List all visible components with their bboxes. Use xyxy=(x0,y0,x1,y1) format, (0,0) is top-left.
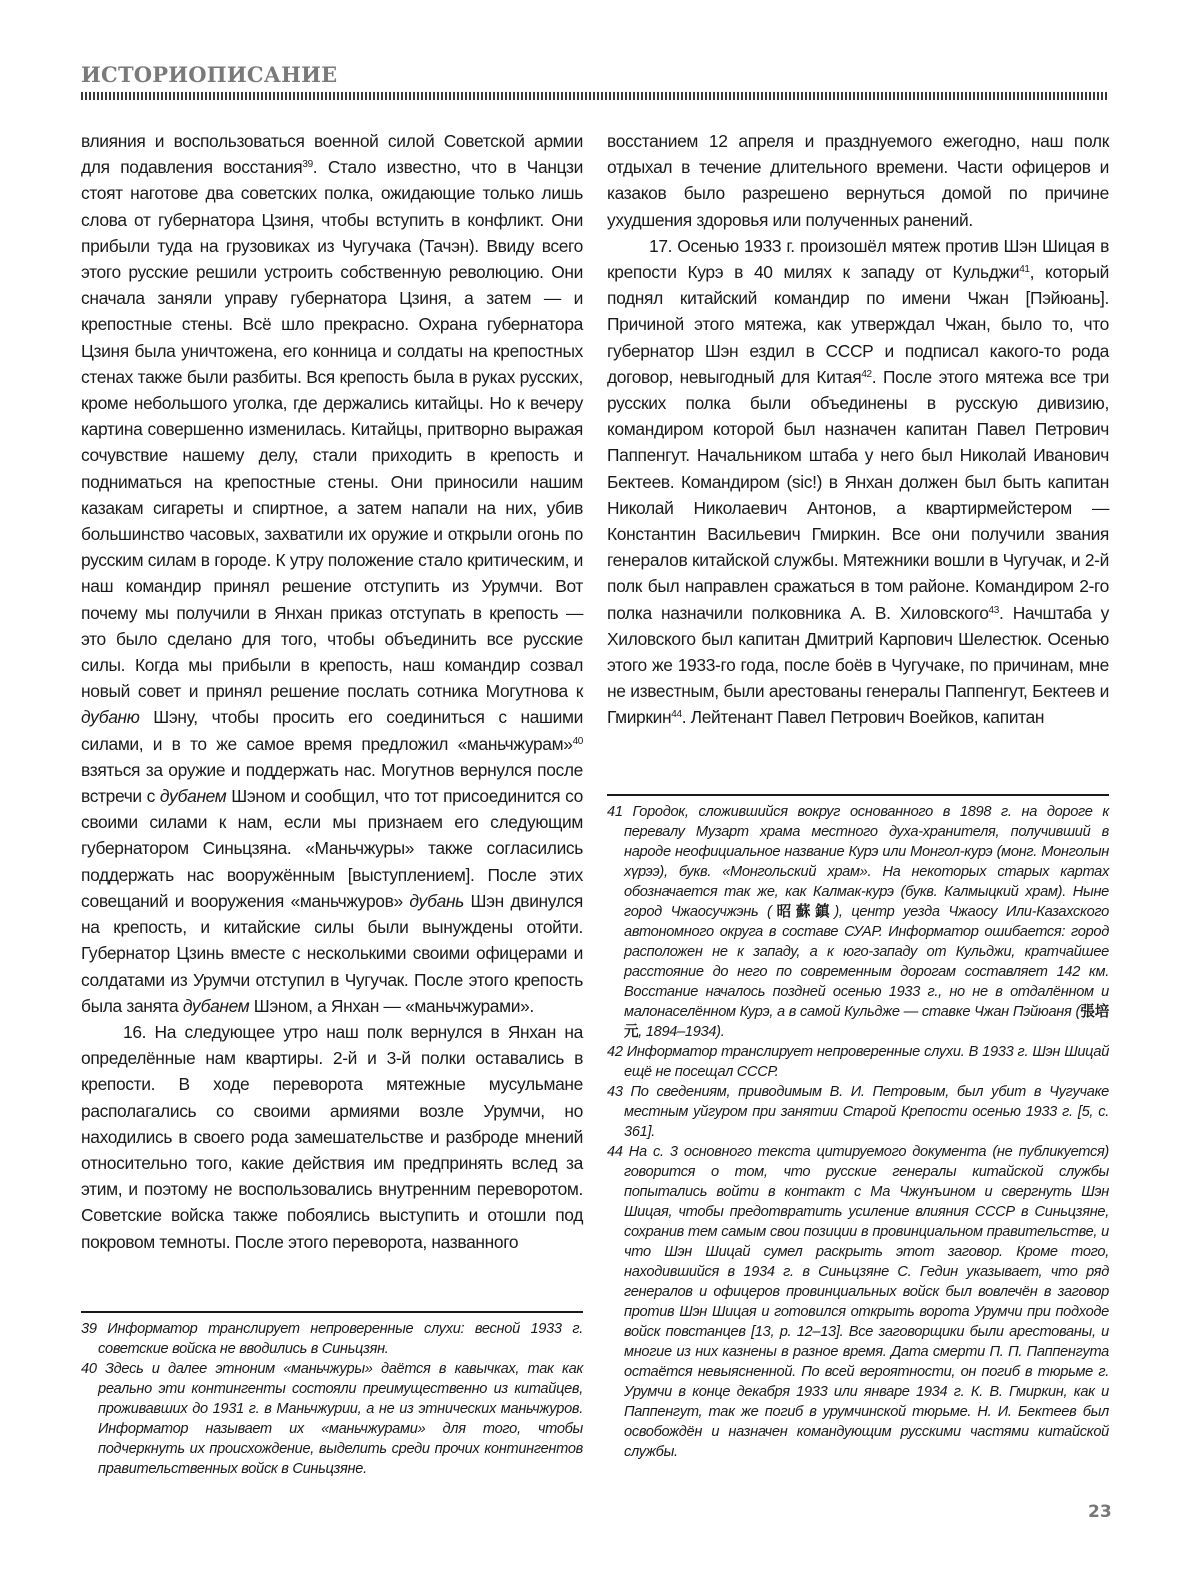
text-run: восстанием 12 апреля и празднуемого ежег… xyxy=(607,131,1109,230)
left-column: влияния и воспользоваться военной силой … xyxy=(81,128,583,1255)
footnote-reference: 39 xyxy=(302,159,312,170)
text-run: ), центр уезда Чжаосу Или-Казахского авт… xyxy=(624,904,1109,1020)
footnote: 41 Городок, сложившийся вокруг основанно… xyxy=(607,802,1109,1042)
italic-term: дубанем xyxy=(183,996,249,1016)
text-run: На с. 3 основного текста цитируемого док… xyxy=(624,1144,1109,1460)
left-footnote-list: 39 Информатор транслирует непроверенные … xyxy=(81,1319,583,1479)
footnote-text: Информатор транслирует непроверенные слу… xyxy=(98,1321,583,1357)
footnote-number: 44 xyxy=(607,1144,629,1160)
text-run: Информатор транслирует непроверенные слу… xyxy=(624,1044,1109,1080)
right-footnote-list: 41 Городок, сложившийся вокруг основанно… xyxy=(607,802,1109,1462)
text-run: 16. На следующее утро наш полк вернулся … xyxy=(81,1022,583,1252)
footnote: 44 На с. 3 основного текста цитируемого … xyxy=(607,1142,1109,1462)
page-number: 23 xyxy=(1088,1502,1112,1522)
right-column-paragraphs: восстанием 12 апреля и празднуемого ежег… xyxy=(607,128,1109,731)
left-column-paragraphs: влияния и воспользоваться военной силой … xyxy=(81,128,583,1255)
body-paragraph: влияния и воспользоваться военной силой … xyxy=(81,128,583,1019)
footnote-divider xyxy=(607,794,1109,796)
text-run: Шэном, а Янхан — «маньчжурами». xyxy=(249,996,534,1016)
italic-term: дубань xyxy=(409,891,464,911)
text-run: . Стало известно, что в Чанцзи стоят наг… xyxy=(81,157,583,701)
footnote: 39 Информатор транслирует непроверенные … xyxy=(81,1319,583,1359)
footnote-reference: 44 xyxy=(671,709,681,720)
footnote: 40 Здесь и далее этноним «маньчжуры» даё… xyxy=(81,1359,583,1479)
chinese-characters: 昭蘇鎮 xyxy=(772,904,835,920)
footnote-number: 40 xyxy=(81,1361,105,1377)
text-run: . После этого мятежа все три русских пол… xyxy=(607,367,1109,623)
text-run: Городок, сложившийся вокруг основанного … xyxy=(624,804,1109,920)
footnote-divider xyxy=(81,1311,583,1313)
italic-term: дубанем xyxy=(160,786,226,806)
footnote-text: Здесь и далее этноним «маньчжуры» даётся… xyxy=(98,1361,583,1477)
footnote-number: 41 xyxy=(607,804,632,820)
text-run: Шэну, чтобы просить его соединиться с на… xyxy=(81,707,583,753)
body-paragraph: 16. На следующее утро наш полк вернулся … xyxy=(81,1019,583,1255)
section-title: ИСТОРИОПИСАНИЕ xyxy=(81,62,337,87)
hatched-header-rule xyxy=(81,92,1109,100)
italic-term: дубаню xyxy=(81,707,140,727)
footnote-number: 42 xyxy=(607,1044,627,1060)
footnote-number: 43 xyxy=(607,1084,631,1100)
text-run: По сведениям, приводимым В. И. Петровым,… xyxy=(624,1084,1109,1140)
footnote-reference: 42 xyxy=(861,369,871,380)
body-paragraph: восстанием 12 апреля и празднуемого ежег… xyxy=(607,128,1109,233)
footnote-reference: 41 xyxy=(1019,264,1029,275)
footnote-number: 39 xyxy=(81,1321,107,1337)
footnote: 43 По сведениям, приводимым В. И. Петров… xyxy=(607,1082,1109,1142)
footnote-reference: 40 xyxy=(573,736,583,747)
body-paragraph: 17. Осенью 1933 г. произошёл мятеж проти… xyxy=(607,233,1109,731)
left-footnotes: 39 Информатор транслирует непроверенные … xyxy=(81,1311,583,1479)
text-run: . Лейтенант Павел Петрович Воейков, капи… xyxy=(682,707,1044,727)
footnote: 42 Информатор транслирует непроверенные … xyxy=(607,1042,1109,1082)
footnote-reference: 43 xyxy=(989,605,999,616)
text-run: , 1894–1934). xyxy=(638,1024,724,1040)
right-column: восстанием 12 апреля и празднуемого ежег… xyxy=(607,128,1109,731)
right-footnotes: 41 Городок, сложившийся вокруг основанно… xyxy=(607,794,1109,1462)
